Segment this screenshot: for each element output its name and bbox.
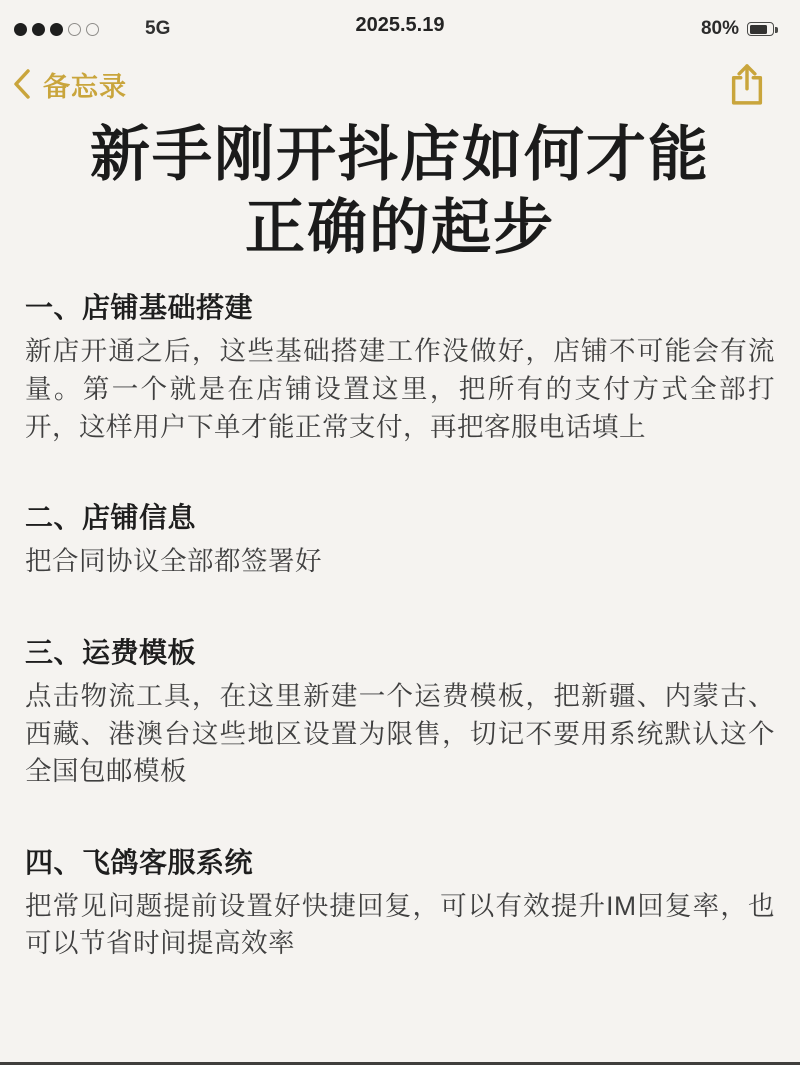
note-title-line-2: 正确的起步	[25, 191, 775, 264]
status-date-label: 2025.5.19	[356, 14, 445, 37]
signal-dot	[50, 23, 63, 36]
note-title-line-1: 新手刚开抖店如何才能	[25, 118, 775, 191]
network-type-label: 5G	[145, 18, 170, 40]
nav-bar: 备忘录	[0, 46, 800, 106]
section-body: 把常见问题提前设置好快捷回复，可以有效提升IM回复率，也可以节省时间提高效率	[25, 888, 775, 963]
battery-fill-level	[750, 25, 768, 34]
note-section-1: 一、店铺基础搭建 新店开通之后，这些基础搭建工作没做好，店铺不可能会有流量。第一…	[25, 286, 775, 446]
note-section-3: 三、运费模板 点击物流工具，在这里新建一个运费模板，把新疆、内蒙古、西藏、港澳台…	[25, 631, 775, 791]
note-content: 新手刚开抖店如何才能 正确的起步 一、店铺基础搭建 新店开通之后，这些基础搭建工…	[0, 118, 800, 963]
chevron-left-icon	[12, 68, 31, 100]
signal-dot	[14, 23, 27, 36]
share-icon	[728, 62, 766, 106]
status-bar: 5G 2025.5.19 80%	[0, 0, 800, 46]
share-button[interactable]	[728, 62, 766, 106]
note-title: 新手刚开抖店如何才能 正确的起步	[25, 118, 775, 264]
section-heading: 三、运费模板	[25, 631, 775, 671]
note-section-4: 四、飞鸽客服系统 把常见问题提前设置好快捷回复，可以有效提升IM回复率，也可以节…	[25, 841, 775, 963]
section-body: 把合同协议全部都签署好	[25, 543, 775, 581]
back-button[interactable]: 备忘录	[12, 65, 127, 104]
battery-nub	[775, 27, 778, 33]
notes-app-screen: 5G 2025.5.19 80% 备忘录 新手刚开抖店如	[0, 0, 800, 1065]
section-heading: 二、店铺信息	[25, 496, 775, 536]
back-button-label: 备忘录	[43, 65, 127, 104]
status-bar-right: 80%	[701, 18, 774, 40]
battery-icon	[747, 22, 774, 36]
section-heading: 四、飞鸽客服系统	[25, 841, 775, 881]
signal-dot	[86, 23, 99, 36]
note-section-2: 二、店铺信息 把合同协议全部都签署好	[25, 496, 775, 581]
signal-dot	[32, 23, 45, 36]
battery-percent-label: 80%	[701, 18, 739, 40]
section-body: 点击物流工具，在这里新建一个运费模板，把新疆、内蒙古、西藏、港澳台这些地区设置为…	[25, 678, 775, 791]
signal-dot	[68, 23, 81, 36]
section-body: 新店开通之后，这些基础搭建工作没做好，店铺不可能会有流量。第一个就是在店铺设置这…	[25, 333, 775, 446]
cellular-signal-icon	[14, 23, 99, 36]
section-heading: 一、店铺基础搭建	[25, 286, 775, 326]
status-bar-left: 5G	[14, 18, 170, 40]
